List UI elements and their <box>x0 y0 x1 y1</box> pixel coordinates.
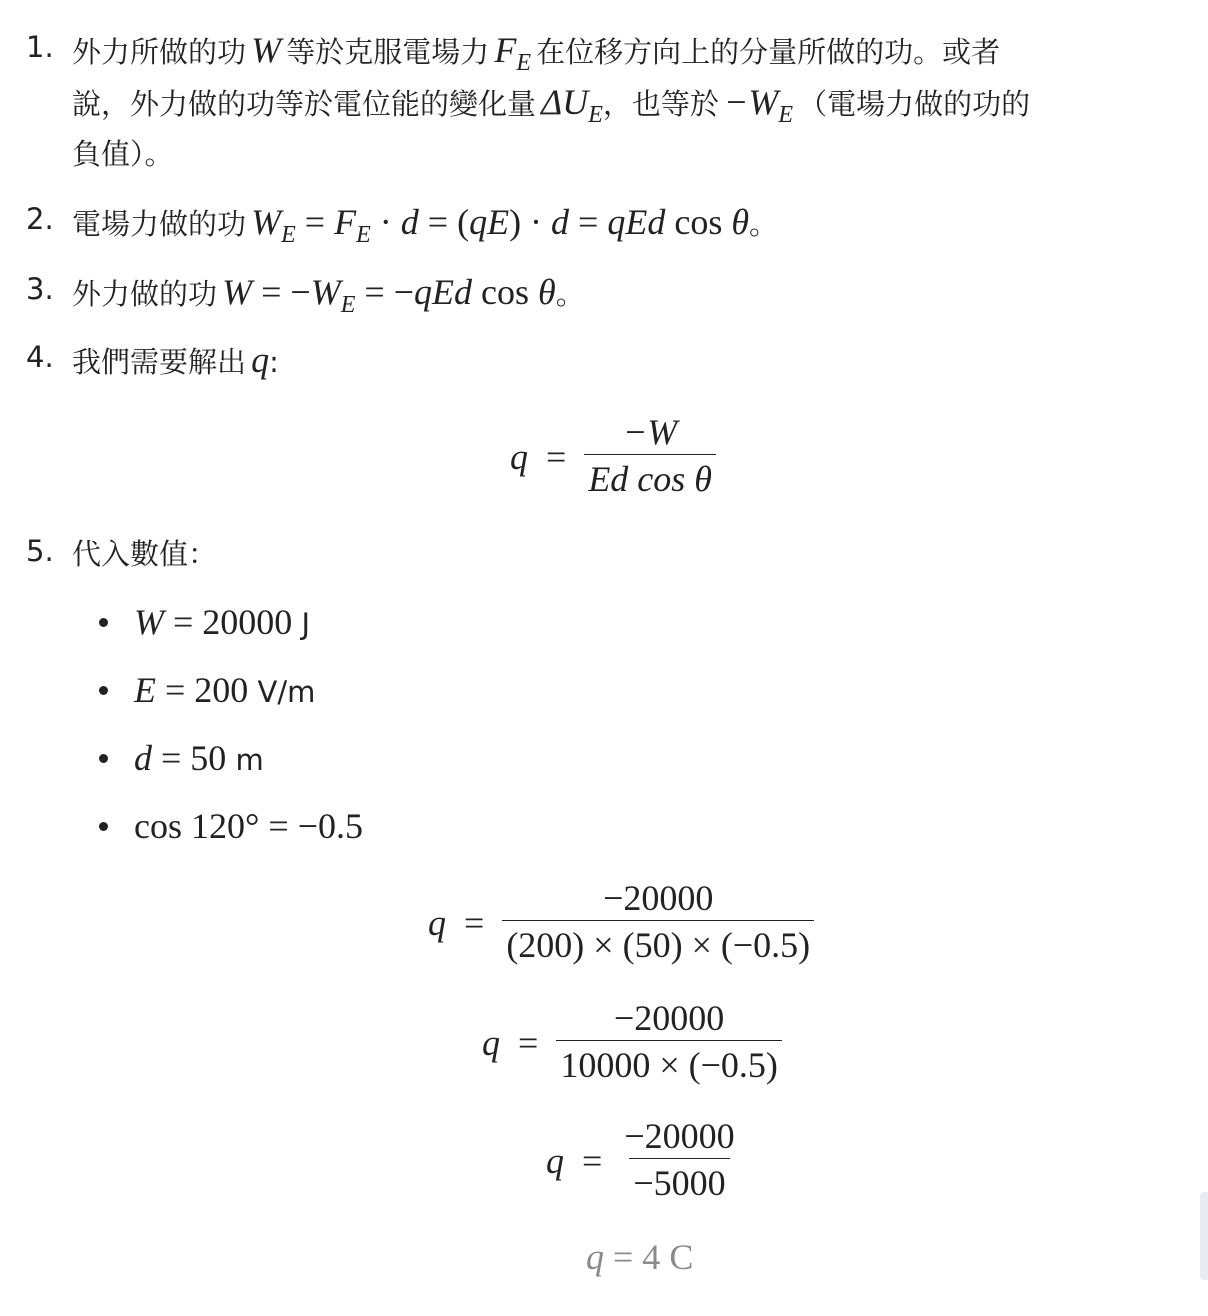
math: = − <box>252 272 311 312</box>
fraction: −20000 −5000 <box>620 1114 738 1207</box>
value-item: cos 120° = −0.5 <box>134 806 363 853</box>
math-var: q <box>546 1140 564 1182</box>
math: W <box>222 272 252 312</box>
text: 。 <box>556 277 585 311</box>
step-5: 代入數值： <box>72 534 217 579</box>
step-3: 外力做的功 W = −WE = −qEd cos θ。 <box>72 272 585 325</box>
math-var: W <box>134 602 164 642</box>
step-1-line-2: 說，外力做的功等於電位能的變化量 ΔUE，也等於 −WE （電場力做的功的 <box>72 82 1030 135</box>
math-var: E <box>134 670 156 710</box>
text: 負值）。 <box>72 137 174 171</box>
numerator: −W <box>619 410 681 454</box>
bullet-icon <box>99 618 108 627</box>
fraction: −W Ed cos θ <box>584 410 716 503</box>
value-item: W = 20000 J <box>134 602 310 649</box>
calc-step-3: q = −20000 −5000 <box>546 1114 739 1207</box>
math: = <box>569 202 607 242</box>
fraction: −20000 (200) × (50) × (−0.5) <box>502 876 814 969</box>
math-var: q <box>482 1022 500 1064</box>
text: 在位移方向上的分量所做的功。或者 <box>536 35 1000 69</box>
text: 。 <box>749 207 778 241</box>
math: qE <box>469 202 509 242</box>
math: cos <box>472 272 538 312</box>
step-number: 1. <box>26 30 54 64</box>
step-4: 我們需要解出 q: <box>72 340 279 387</box>
math-var: q <box>510 436 528 478</box>
text: 代入數值： <box>72 537 217 571</box>
math-var: d <box>134 738 152 778</box>
denominator: Ed cos θ <box>584 454 716 503</box>
text: ，也等於 <box>603 87 719 121</box>
unit: C <box>669 1236 693 1278</box>
text: 電場力做的功 <box>72 207 246 241</box>
math: = 50 <box>152 738 226 778</box>
bullet-icon <box>99 686 108 695</box>
unit: V/m <box>248 675 315 709</box>
math: = − <box>355 272 414 312</box>
step-1-line-3: 負值）。 <box>72 134 174 179</box>
fraction: −20000 10000 × (−0.5) <box>556 996 782 1089</box>
math-sub: E <box>356 222 371 248</box>
step-2: 電場力做的功 WE = FE · d = (qE) · d = qEd cos … <box>72 202 778 255</box>
math: θ <box>538 272 556 312</box>
text: 外力做的功 <box>72 277 217 311</box>
value-item: d = 50 m <box>134 738 264 785</box>
math-var: q <box>586 1236 604 1278</box>
math: = <box>296 202 334 242</box>
unit: m <box>226 743 263 777</box>
math: cos 120° = −0.5 <box>134 806 363 846</box>
math: qEd <box>607 202 665 242</box>
unit: J <box>292 607 310 641</box>
math-op: = <box>464 902 484 944</box>
math: W <box>251 202 281 242</box>
bullet-icon <box>99 822 108 831</box>
math-sub: E <box>778 102 793 128</box>
math-var: q <box>251 340 269 380</box>
denominator: −5000 <box>629 1158 729 1207</box>
math: cos <box>665 202 731 242</box>
math: ) · <box>509 202 551 242</box>
math-op: = <box>518 1022 538 1064</box>
bullet-icon <box>99 754 108 763</box>
solve-formula: q = −W Ed cos θ <box>510 410 716 503</box>
text: : <box>269 345 279 379</box>
text: 等於克服電場力 <box>286 35 489 69</box>
calc-step-2: q = −20000 10000 × (−0.5) <box>482 996 782 1089</box>
math: = 20000 <box>164 602 292 642</box>
step-number: 4. <box>26 340 54 374</box>
math: qEd <box>414 272 472 312</box>
math: = 4 <box>604 1236 669 1278</box>
math: F <box>334 202 356 242</box>
denominator: (200) × (50) × (−0.5) <box>502 920 814 969</box>
step-number: 3. <box>26 272 54 306</box>
denominator: 10000 × (−0.5) <box>556 1040 782 1089</box>
numerator: −20000 <box>599 876 717 920</box>
math: W <box>311 272 341 312</box>
math: · <box>371 202 401 242</box>
math: = ( <box>419 202 469 242</box>
math-op: = <box>582 1140 602 1182</box>
math-var: F <box>494 30 516 70</box>
math: = 200 <box>156 670 248 710</box>
value-item: E = 200 V/m <box>134 670 315 717</box>
text: 我們需要解出 <box>72 345 246 379</box>
math-var: −W <box>724 82 778 122</box>
math-sub: E <box>588 102 603 128</box>
step-number: 5. <box>26 534 54 568</box>
numerator: −20000 <box>610 996 728 1040</box>
calc-step-1: q = −20000 (200) × (50) × (−0.5) <box>428 876 814 969</box>
math-sub: E <box>516 50 531 76</box>
step-1-line-1: 外力所做的功 W 等於克服電場力 FE 在位移方向上的分量所做的功。或者 <box>72 30 1000 83</box>
result: q = 4 C <box>586 1236 693 1278</box>
math-var: W <box>251 30 281 70</box>
math-var: q <box>428 902 446 944</box>
math: d <box>401 202 419 242</box>
numerator: −20000 <box>620 1114 738 1158</box>
text: 外力所做的功 <box>72 35 246 69</box>
math: d <box>551 202 569 242</box>
math-sub: E <box>341 292 356 318</box>
text: （電場力做的功的 <box>798 87 1030 121</box>
math-sub: E <box>281 222 296 248</box>
math-op: = <box>546 436 566 478</box>
math: θ <box>731 202 749 242</box>
math-var: ΔU <box>541 82 588 122</box>
text: 說，外力做的功等於電位能的變化量 <box>72 87 536 121</box>
scrollbar-thumb[interactable] <box>1200 1192 1208 1280</box>
step-number: 2. <box>26 202 54 236</box>
